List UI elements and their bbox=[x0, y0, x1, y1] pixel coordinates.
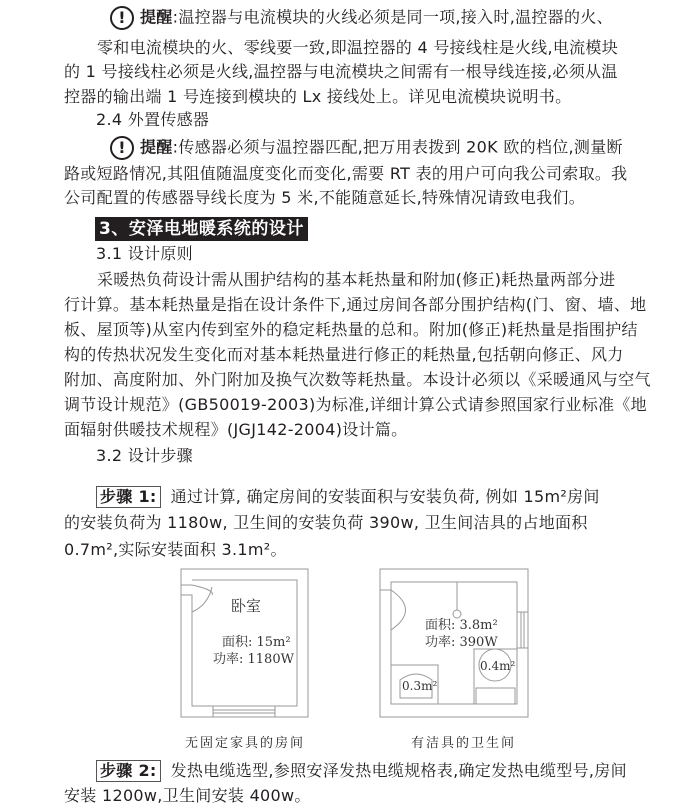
paragraph-line: 附加、高度附加、外门附加及换气次数等耗热量。本设计必须以《采暖通风与空气 bbox=[64, 370, 636, 390]
warning-1-line-4: 控器的输出端 1 号连接到模块的 Lx 接线处上。详见电流模块说明书。 bbox=[64, 87, 636, 107]
warning-1-line-3: 的 1 号接线柱必须是火线,温控器与电流模块之间需有一根导线连接,必须从温 bbox=[64, 62, 636, 82]
section-3-1-title: 3.1 设计原则 bbox=[96, 244, 668, 264]
section-3-2-title: 3.2 设计步骤 bbox=[96, 446, 668, 466]
bathtub-area-label: 0.3m² bbox=[402, 678, 437, 694]
warning-1-line-2: 零和电流模块的火、零线要一致,即温控器的 4 号接线柱是火线,电流模块 bbox=[97, 38, 636, 58]
paragraph-line: 板、屋顶等)从室内传到室外的稳定耗热量的总和。附加(修正)耗热量是指围护结 bbox=[64, 320, 636, 340]
warning-2-line-2: 路或短路情况,其阻值随温度变化而变化,需要 RT 表的用户可向我公司索取。我 bbox=[64, 164, 636, 184]
paragraph-line: 行计算。基本耗热量是指在设计条件下,通过房间各部分围护结构(门、窗、墙、地 bbox=[64, 295, 636, 315]
step-2-line-2: 安装 1200w,卫生间安装 400w。 bbox=[64, 786, 636, 806]
step-1-line-3: 0.7m²,实际安装面积 3.1m²。 bbox=[64, 540, 636, 560]
section-3-header: 3、安泽电地暖系统的设计 bbox=[95, 217, 308, 241]
bathroom-power-label: 功率: 390W bbox=[425, 635, 498, 651]
step-1-line-1: 步骤 1:通过计算, 确定房间的安装面积与安装负荷, 例如 15m²房间 bbox=[96, 486, 668, 508]
paragraph-line: 采暖热负荷设计需从围护结构的基本耗热量和附加(修正)耗热量两部分进 bbox=[97, 270, 636, 290]
paragraph-line: 构的传热状况发生变化而对基本耗热量进行修正的耗热量,包括朝向修正、风力 bbox=[64, 345, 636, 365]
paragraph-line: 面辐射供暖技术规程》(JGJ142-2004)设计篇。 bbox=[64, 420, 636, 440]
step-1-label: 步骤 1: bbox=[96, 486, 161, 508]
exclamation-icon: ! bbox=[110, 6, 134, 30]
step-2-label: 步骤 2: bbox=[96, 760, 161, 782]
warning-label: 提醒 bbox=[140, 138, 173, 157]
bathroom-area-label: 面积: 3.8m² bbox=[425, 618, 498, 634]
step-1-line-2: 的安装负荷为 1180w, 卫生间的安装负荷 390w, 卫生间洁具的占地面积 bbox=[64, 513, 636, 533]
step-2-line-1: 步骤 2:发热电缆选型,参照安泽发热电缆规格表,确定发热电缆型号,房间 bbox=[96, 760, 668, 782]
section-2-4-title: 2.4 外置传感器 bbox=[96, 110, 668, 130]
bedroom-area-label: 面积: 15m² bbox=[222, 635, 291, 651]
warning-2-line-1: !提醒:传感器必须与温控器匹配,把万用表拨到 20K 欧的档位,测量断 bbox=[110, 136, 682, 160]
bedroom-room-name: 卧室 bbox=[231, 598, 261, 614]
warning-2-line-3: 公司配置的传感器导线长度为 5 米,不能随意延长,特殊情况请致电我们。 bbox=[64, 188, 636, 208]
bathroom-caption: 有洁具的卫生间 bbox=[411, 732, 516, 751]
bedroom-caption: 无固定家具的房间 bbox=[185, 732, 305, 751]
warning-label: 提醒 bbox=[140, 8, 173, 27]
exclamation-icon: ! bbox=[110, 136, 134, 160]
warning-text: 温控器与电流模块的火线必须是同一项,接入时,温控器的火、 bbox=[178, 8, 613, 27]
warning-1-line-1: !提醒:温控器与电流模块的火线必须是同一项,接入时,温控器的火、 bbox=[110, 6, 682, 30]
bedroom-power-label: 功率: 1180W bbox=[213, 652, 294, 668]
toilet-area-label: 0.4m² bbox=[480, 658, 515, 674]
paragraph-line: 调节设计规范》(GB50019-2003)为标准,详细计算公式请参照国家行业标准… bbox=[64, 395, 636, 415]
warning-text: 传感器必须与温控器匹配,把万用表拨到 20K 欧的档位,测量断 bbox=[178, 138, 623, 157]
